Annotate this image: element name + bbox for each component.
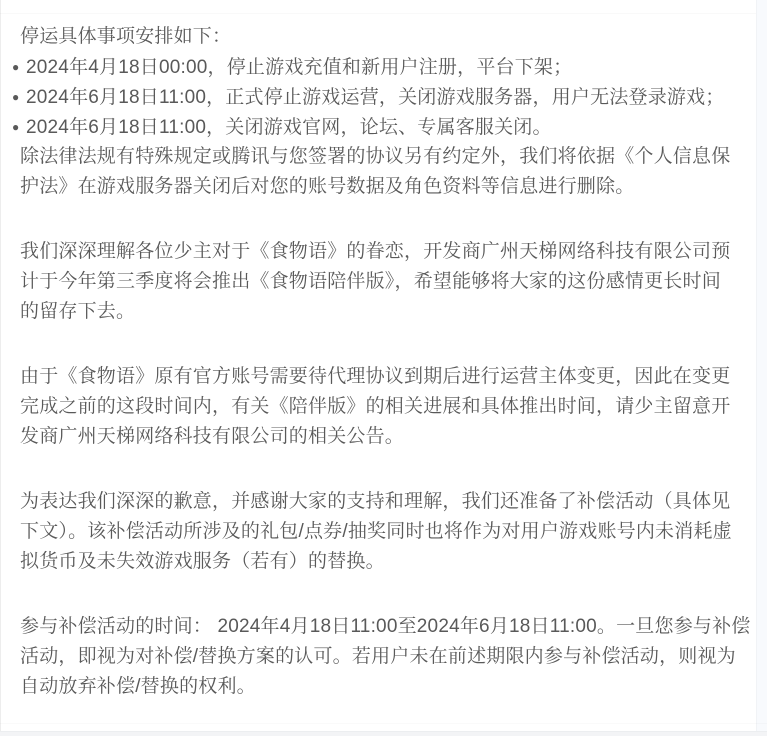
text-line: 拟货币及未失效游戏服务（若有）的替换。: [20, 547, 765, 577]
paragraph-operator-change: 由于《食物语》原有官方账号需要待代理协议到期后进行运营主体变更，因此在变更 完成…: [20, 362, 765, 452]
text-line: 我们深深理解各位少主对于《食物语》的眷恋，开发商广州天梯网络科技有限公司预: [20, 237, 765, 267]
text-line: 参与补偿活动的时间： 2024年4月18日11:00至2024年6月18日11:…: [20, 612, 765, 642]
announcement-body: 停运具体事项安排如下： ●2024年4月18日00:00，停止游戏充值和新用户注…: [0, 22, 765, 736]
bullet-line-text: 2024年4月18日00:00，停止游戏充值和新用户注册，平台下架；: [26, 57, 572, 78]
text-line: 活动，即视为对补偿/替换方案的认可。若用户未在前述期限内参与补偿活动，则视为: [20, 642, 765, 672]
text-line: 护法》在游戏服务器关闭后对您的账号数据及角色资料等信息进行删除。: [20, 172, 765, 202]
text-line: 计于今年第三季度将会推出《食物语陪伴版》，希望能够将大家的这份感情更长时间: [20, 267, 765, 297]
text-line: 除法律法规有特殊规定或腾讯与您签署的协议另有约定外，我们将依据《个人信息保: [20, 142, 765, 172]
text-line: 发商广州天梯网络科技有限公司的相关公告。: [20, 422, 765, 452]
top-faint-rule: [0, 13, 756, 14]
schedule-heading: 停运具体事项安排如下：: [20, 22, 765, 52]
bullet-icon: ●: [12, 82, 26, 112]
paragraph-compensation-period: 参与补偿活动的时间： 2024年4月18日11:00至2024年6月18日11:…: [20, 612, 765, 702]
text-line: 的留存下去。: [20, 297, 765, 327]
text-line: 由于《食物语》原有官方账号需要待代理协议到期后进行运营主体变更，因此在变更: [20, 362, 765, 392]
text-line: 完成之前的这段时间内，有关《陪伴版》的相关进展和具体推出时间，请少主留意开: [20, 392, 765, 422]
bullet-line-text: 2024年6月18日11:00，关闭游戏官网，论坛、专属客服关闭。: [26, 117, 552, 138]
bullet-icon: ●: [12, 112, 26, 142]
bullet-line: ●2024年4月18日00:00，停止游戏充值和新用户注册，平台下架；: [12, 52, 765, 82]
bullet-line-text: 2024年6月18日11:00，正式停止游戏运营，关闭游戏服务器，用户无法登录游…: [26, 87, 725, 108]
text-line: 为表达我们深深的歉意，并感谢大家的支持和理解，我们还准备了补偿活动（具体见: [20, 487, 765, 517]
bullet-line: ●2024年6月18日11:00，关闭游戏官网，论坛、专属客服关闭。: [12, 112, 765, 142]
text-line: 下文）。该补偿活动所涉及的礼包/点券/抽奖同时也将作为对用户游戏账号内未消耗虚: [20, 517, 765, 547]
paragraph-compensation: 为表达我们深深的歉意，并感谢大家的支持和理解，我们还准备了补偿活动（具体见 下文…: [20, 487, 765, 577]
paragraph-companion-version: 我们深深理解各位少主对于《食物语》的眷恋，开发商广州天梯网络科技有限公司预 计于…: [20, 237, 765, 327]
bullet-line: ●2024年6月18日11:00，正式停止游戏运营，关闭游戏服务器，用户无法登录…: [12, 82, 765, 112]
paragraph-shutdown-schedule: 停运具体事项安排如下： ●2024年4月18日00:00，停止游戏充值和新用户注…: [20, 22, 765, 202]
bullet-icon: ●: [12, 52, 26, 82]
announcement-page: 停运具体事项安排如下： ●2024年4月18日00:00，停止游戏充值和新用户注…: [0, 0, 767, 736]
text-line: 自动放弃补偿/替换的权利。: [20, 672, 765, 702]
